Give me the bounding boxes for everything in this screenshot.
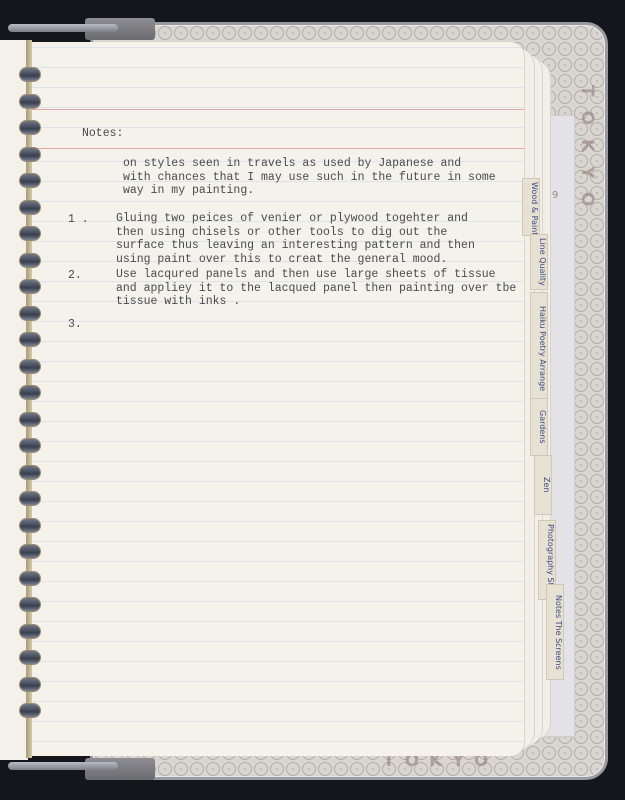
tab-label: Notes The Screens xyxy=(554,595,563,670)
notebook-page: Notes: on styles seen in travels as used… xyxy=(32,42,524,756)
item-number: 2. xyxy=(68,269,82,282)
index-tab[interactable]: Notes The Screens xyxy=(546,584,564,680)
binder-bar-top xyxy=(8,24,118,32)
binder-brand-text: TOKYO xyxy=(577,85,597,220)
binder-bar-bottom xyxy=(8,762,118,770)
spiral-ring xyxy=(20,704,40,717)
margin-line xyxy=(32,148,524,149)
item-number: 1 . xyxy=(68,213,89,226)
spiral-ring xyxy=(20,95,40,108)
spiral-ring xyxy=(20,174,40,187)
spiral-ring xyxy=(20,201,40,214)
spiral-ring xyxy=(20,360,40,373)
spiral-ring xyxy=(20,678,40,691)
spiral-ring xyxy=(20,466,40,479)
spiral-ring xyxy=(20,519,40,532)
notes-heading: Notes: xyxy=(82,127,123,141)
spiral-ring xyxy=(20,439,40,452)
index-tab[interactable]: Gardens xyxy=(530,398,548,456)
notes-intro: on styles seen in travels as used by Jap… xyxy=(123,157,496,198)
spiral-ring xyxy=(20,492,40,505)
spiral-ring xyxy=(20,121,40,134)
index-tab[interactable]: Haiku Poetry Arrange xyxy=(530,292,548,406)
index-tab[interactable]: Zen xyxy=(534,455,552,515)
spiral-ring xyxy=(20,598,40,611)
spiral-ring xyxy=(20,307,40,320)
tab-label: Haiku Poetry Arrange xyxy=(538,306,547,391)
pencil-page-mark: 9 xyxy=(552,190,558,201)
spiral-ring xyxy=(20,227,40,240)
spiral-ring xyxy=(20,68,40,81)
tab-label: Zen xyxy=(542,477,551,492)
spiral-ring xyxy=(20,333,40,346)
spiral-ring xyxy=(20,545,40,558)
tab-label: Line Quality xyxy=(538,238,547,286)
tab-label: Wood & Paint xyxy=(530,182,539,235)
index-tab[interactable]: Line Quality xyxy=(530,234,548,290)
spiral-ring xyxy=(20,148,40,161)
spiral-ring xyxy=(20,625,40,638)
spiral-ring xyxy=(20,386,40,399)
spiral-ring xyxy=(20,413,40,426)
spiral-ring xyxy=(20,572,40,585)
tab-label: Gardens xyxy=(538,410,547,444)
margin-line xyxy=(32,109,524,110)
item-text: Gluing two peices of venier or plywood t… xyxy=(116,212,475,266)
spiral-ring xyxy=(20,254,40,267)
item-number: 3. xyxy=(68,318,82,331)
spiral-ring xyxy=(20,280,40,293)
item-text: Use lacqured panels and then use large s… xyxy=(116,268,516,309)
index-tab[interactable]: Wood & Paint xyxy=(522,178,540,236)
spiral-ring xyxy=(20,651,40,664)
